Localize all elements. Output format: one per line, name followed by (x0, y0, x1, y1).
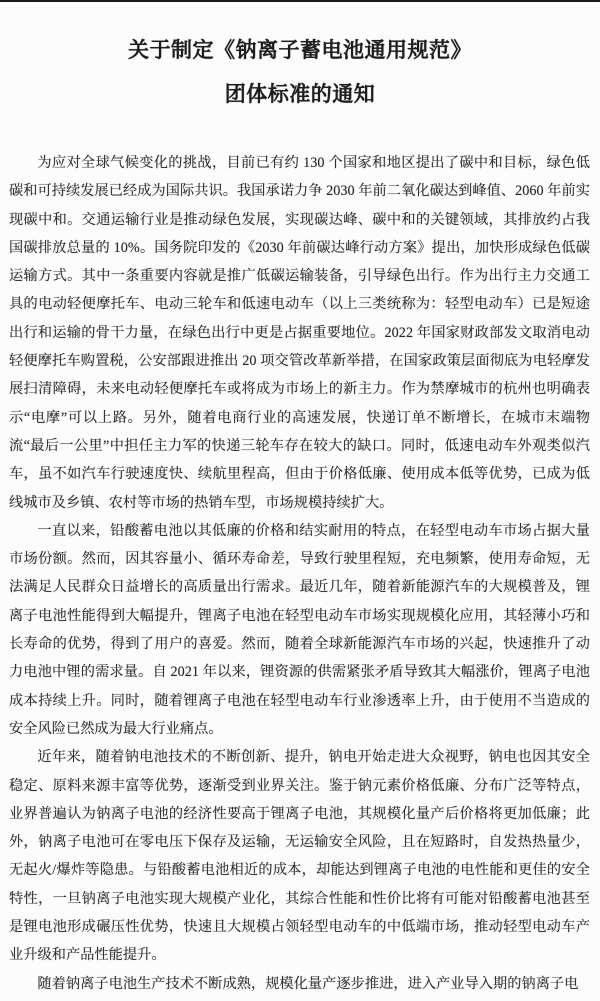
paragraph-sodium-industrialization: 随着钠离子电池生产技术不断成熟，规模化量产逐步推进，进入产业导入期的钠离子电 (9, 970, 590, 998)
document-title-line1: 关于制定《钠离子蓄电池通用规范》 (0, 40, 600, 61)
paragraph-intro-carbon-goals: 为应对全球气候变化的挑战，目前已有约 130 个国家和地区提出了碳中和目标，绿色… (9, 149, 590, 517)
document-title-line2: 团体标准的通知 (0, 84, 600, 105)
document-body: 为应对全球气候变化的挑战，目前已有约 130 个国家和地区提出了碳中和目标，绿色… (9, 149, 590, 998)
paragraph-lead-acid-lithium: 一直以来，铅酸蓄电池以其低廉的价格和结实耐用的特点，在轻型电动车市场占据大量市场… (9, 517, 590, 743)
scan-edge-artifact (0, 0, 600, 2)
paragraph-sodium-advantages: 近年来，随着钠电池技术的不断创新、提升，钠电开始走进大众视野，钠电也因其安全稳定… (9, 743, 590, 969)
document-page: 关于制定《钠离子蓄电池通用规范》 团体标准的通知 为应对全球气候变化的挑战，目前… (0, 0, 600, 1001)
